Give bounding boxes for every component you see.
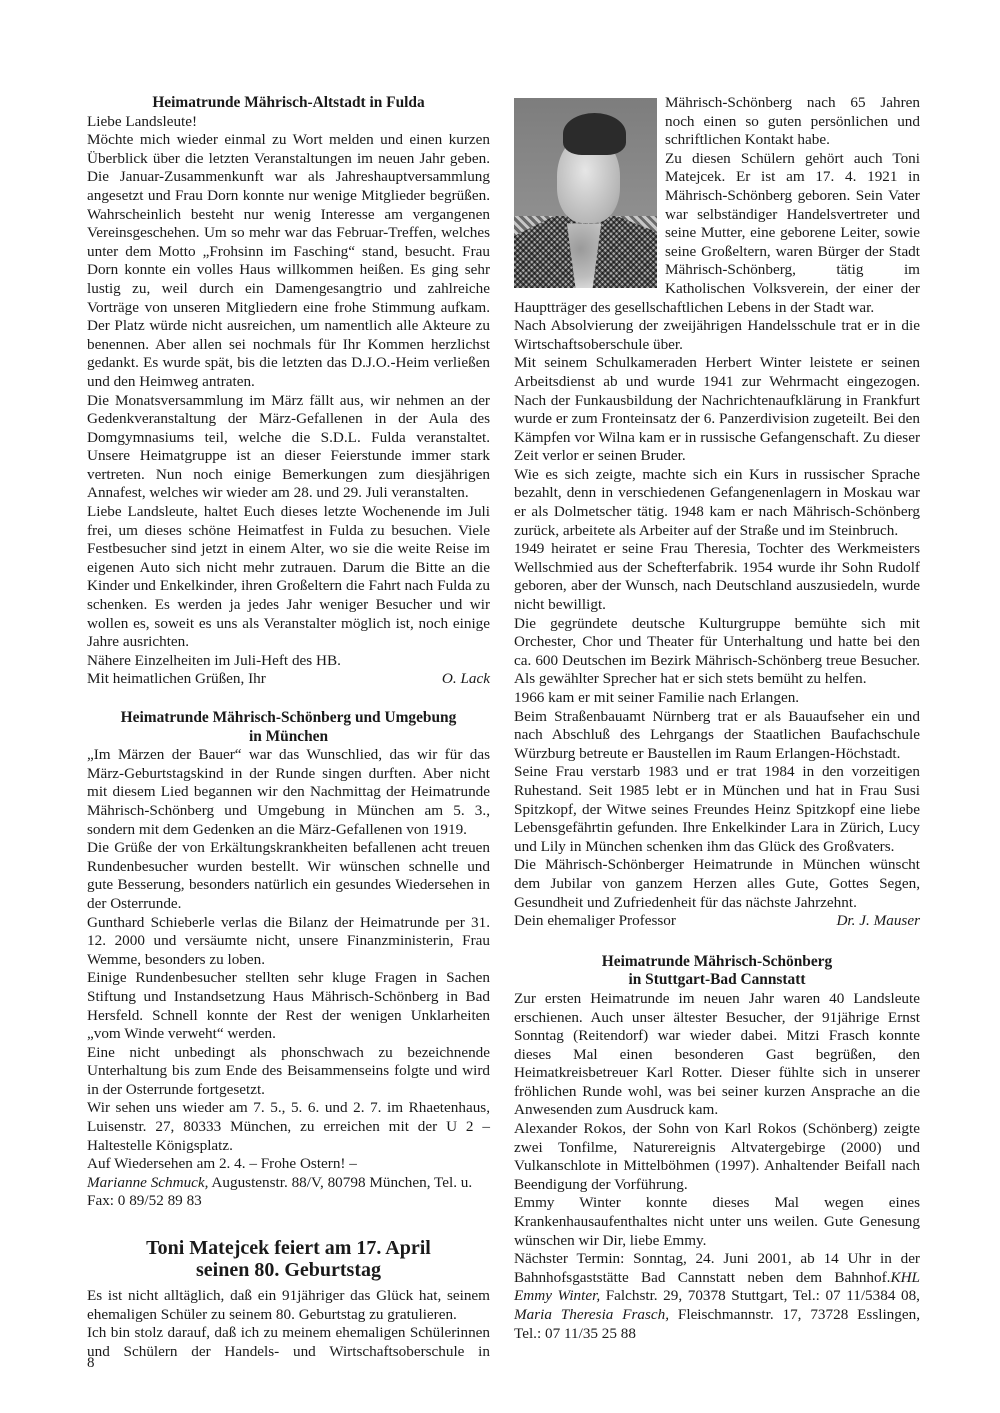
- paragraph: Liebe Landsleute, haltet Euch dieses let…: [87, 503, 490, 652]
- signature-line: Mit heimatlichen Grüßen, Ihr O. Lack: [87, 670, 490, 689]
- paragraph: Nähere Einzelheiten im Juli-Heft des HB.: [87, 652, 490, 671]
- paragraph: „Im Märzen der Bauer“ war das Wunschlied…: [87, 746, 490, 839]
- article-toni-matejcek: Toni Matejcek feiert am 17. April seinen…: [87, 1237, 490, 1361]
- title-line: Toni Matejcek feiert am 17. April: [146, 1237, 431, 1259]
- portrait-photo: [514, 98, 657, 288]
- paragraph: Ich bin stolz darauf, daß ich zu meinem …: [87, 1324, 490, 1361]
- paragraph: Auf Wiedersehen am 2. 4. – Frohe Ostern!…: [87, 1155, 490, 1174]
- paragraph: Die Mährisch-Schönberger Heimatrunde in …: [514, 856, 920, 912]
- article-heading: Heimatrunde Mährisch-Altstadt in Fulda: [87, 94, 490, 113]
- author-signature: Dr. J. Mauser: [836, 912, 920, 931]
- heading-line: in Stuttgart-Bad Cannstatt: [628, 971, 805, 988]
- author-signature: KHL: [890, 1269, 920, 1288]
- paragraph: Emmy Winter konnte dieses Mal wegen eine…: [514, 1194, 920, 1250]
- paragraph: Alexander Rokos, der Sohn von Karl Rokos…: [514, 1120, 920, 1194]
- article-stuttgart: Heimatrunde Mährisch-Schönberg in Stuttg…: [514, 953, 920, 1343]
- closing-text: Dein ehemaliger Professor: [514, 912, 676, 931]
- heading-line: Heimatrunde Mährisch-Schönberg: [602, 953, 832, 970]
- contact-info: Marianne Schmuck, Augustenstr. 88/V, 807…: [87, 1174, 490, 1211]
- paragraph: Nach Absolvierung der zweijährigen Hande…: [514, 317, 920, 354]
- paragraph: Die gegründete deutsche Kulturgruppe bem…: [514, 615, 920, 689]
- next-date-text: Nächster Termin: Sonntag, 24. Juni 2001,…: [514, 1250, 920, 1286]
- paragraph: Nächster Termin: Sonntag, 24. Juni 2001,…: [514, 1250, 920, 1287]
- article-heading: Heimatrunde Mährisch-Schönberg in Stuttg…: [514, 953, 920, 990]
- paragraph: Es ist nicht alltäglich, daß ein 91jähri…: [87, 1287, 490, 1324]
- paragraph: Die Monatsversammlung im März fällt aus,…: [87, 392, 490, 504]
- paragraph: Zur ersten Heimatrunde im neuen Jahr war…: [514, 990, 920, 1120]
- signature-line: Dein ehemaliger Professor Dr. J. Mauser: [514, 912, 920, 931]
- paragraph: Möchte mich wieder einmal zu Wort melden…: [87, 131, 490, 391]
- paragraph: 1949 heiratet er seine Frau Theresia, To…: [514, 540, 920, 614]
- contact-name: Marianne Schmuck,: [87, 1174, 208, 1191]
- article-toni-continued: Mährisch-Schönberg nach 65 Jahren noch e…: [514, 94, 920, 931]
- paragraph: 1966 kam er mit seiner Familie nach Erla…: [514, 689, 920, 708]
- page-number: 8: [87, 1355, 95, 1372]
- heading-line: Heimatrunde Mährisch-Schönberg und Umgeb…: [121, 709, 457, 726]
- paragraph: Gunthard Schieberle verlas die Bilanz de…: [87, 914, 490, 970]
- left-column: Heimatrunde Mährisch-Altstadt in Fulda L…: [87, 94, 490, 1361]
- paragraph: Eine nicht unbedingt als phonschwach zu …: [87, 1044, 490, 1100]
- contact-details: Falchstr. 29, 70378 Stuttgart, Tel.: 07 …: [600, 1287, 920, 1304]
- title-line: seinen 80. Geburtstag: [196, 1259, 381, 1281]
- article-fulda: Heimatrunde Mährisch-Altstadt in Fulda L…: [87, 94, 490, 689]
- paragraph: Einige Rundenbesucher stellten sehr klug…: [87, 969, 490, 1043]
- paragraph: Mit seinem Schulkameraden Herbert Winter…: [514, 354, 920, 466]
- paragraph: Seine Frau verstarb 1983 und er trat 198…: [514, 763, 920, 856]
- right-column: Mährisch-Schönberg nach 65 Jahren noch e…: [514, 94, 920, 1343]
- author-signature: O. Lack: [442, 670, 490, 689]
- article-heading: Heimatrunde Mährisch-Schönberg und Umgeb…: [87, 709, 490, 746]
- closing-text: Mit heimatlichen Grüßen, Ihr: [87, 670, 266, 689]
- article-title: Toni Matejcek feiert am 17. April seinen…: [87, 1237, 490, 1281]
- heading-line: in München: [249, 728, 328, 745]
- paragraph: Beim Straßenbauamt Nürnberg trat er als …: [514, 708, 920, 764]
- paragraph: Wie es sich zeigte, machte sich ein Kurs…: [514, 466, 920, 540]
- paragraph: Liebe Landsleute!: [87, 113, 490, 132]
- contact-name: Maria Theresia Frasch,: [514, 1306, 669, 1323]
- paragraph: Wir sehen uns wieder am 7. 5., 5. 6. und…: [87, 1099, 490, 1155]
- contact-name: Emmy Winter,: [514, 1287, 600, 1304]
- contact-info: Emmy Winter, Falchstr. 29, 70378 Stuttga…: [514, 1287, 920, 1343]
- article-muenchen: Heimatrunde Mährisch-Schönberg und Umgeb…: [87, 709, 490, 1211]
- paragraph: Die Grüße der von Erkältungskrankheiten …: [87, 839, 490, 913]
